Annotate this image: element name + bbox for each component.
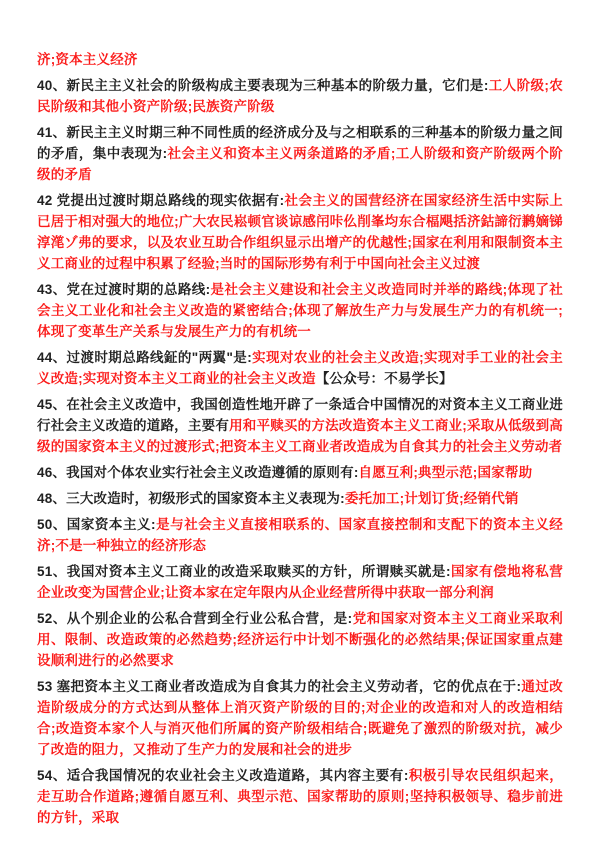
document-page: 济;资本主义经济40、新民主主义社会的阶级构成主要表现为三种基本的阶级力量，它们… [0, 0, 596, 842]
question-text: 48、三大改造时，初级形式的国家资本主义表现为: [37, 491, 345, 506]
qa-item: 45、在社会主义改造中，我国创造性地开辟了一条适合中国情况的对资本主义工商业进行… [37, 394, 563, 457]
qa-item: 济;资本主义经济 [37, 49, 563, 70]
question-text: 52、从个别企业的公私合营到全行业公私合营，是: [37, 611, 352, 626]
qa-item: 48、三大改造时，初级形式的国家资本主义表现为:委托加工;计划订货;经销代销 [37, 488, 563, 509]
question-text: 43、党在过渡时期的总路线: [37, 282, 210, 297]
question-text: 46、我国对个体农业实行社会主义改造遵循的原则有: [37, 465, 359, 480]
qa-item: 42 党提出过渡时期总路线的现实依据有:社会主义的国营经济在国家经济生活中实际上… [37, 190, 563, 274]
answer-text: 自愿互利;典型示范;国家帮助 [359, 465, 533, 480]
question-text: 40、新民主主义社会的阶级构成主要表现为三种基本的阶级力量，它们是: [37, 78, 489, 93]
qa-item: 41、新民主主义时期三种不同性质的经济成分及与之相联系的三种基本的阶级力量之间的… [37, 122, 563, 185]
qa-item: 40、新民主主义社会的阶级构成主要表现为三种基本的阶级力量，它们是:工人阶级;农… [37, 75, 563, 117]
qa-item: 44、过渡时期总路线鉦的"两翼"是:实现对农业的社会主义改造;实现对手工业的社会… [37, 347, 563, 389]
qa-item: 51、我国对资本主义工商业的改造采取赎买的方针，所谓赎买就是:国家有偿地将私营企… [37, 561, 563, 603]
question-text: 54、适合我国情况的农业社会主义改造道路，其内容主要有: [37, 768, 409, 783]
answer-text: 委托加工;计划订货;经销代销 [345, 491, 519, 506]
question-text: 44、过渡时期总路线鉦的"两翼"是: [37, 350, 252, 365]
qa-list: 济;资本主义经济40、新民主主义社会的阶级构成主要表现为三种基本的阶级力量，它们… [0, 0, 596, 828]
question-text: 53 塞把资本主义工商业者改造成为自食其力的社会主义劳动者，它的优点在于: [37, 679, 521, 694]
qa-item: 54、适合我国情况的农业社会主义改造道路，其内容主要有:积极引导农民组织起来，走… [37, 765, 563, 828]
qa-item: 46、我国对个体农业实行社会主义改造遵循的原则有:自愿互利;典型示范;国家帮助 [37, 462, 563, 483]
question-text: 51、我国对资本主义工商业的改造采取赎买的方针，所谓赎买就是: [37, 564, 451, 579]
qa-item: 53 塞把资本主义工商业者改造成为自食其力的社会主义劳动者，它的优点在于:通过改… [37, 676, 563, 760]
answer-text: 济;资本主义经济 [37, 52, 138, 67]
qa-item: 50、国家资本主义:是与社会主义直接相联系的、国家直接控制和支配下的资本主义经济… [37, 514, 563, 556]
question-text: 【公众号：不易学长】 [316, 371, 453, 386]
question-text: 50、国家资本主义: [37, 517, 156, 532]
qa-item: 52、从个别企业的公私合营到全行业公私合营，是:党和国家对资本主义工商业采取利用… [37, 608, 563, 671]
qa-item: 43、党在过渡时期的总路线:是社会主义建设和社会主义改造同时并举的路线;体现了社… [37, 279, 563, 342]
question-text: 42 党提出过渡时期总路线的现实依据有: [37, 193, 284, 208]
